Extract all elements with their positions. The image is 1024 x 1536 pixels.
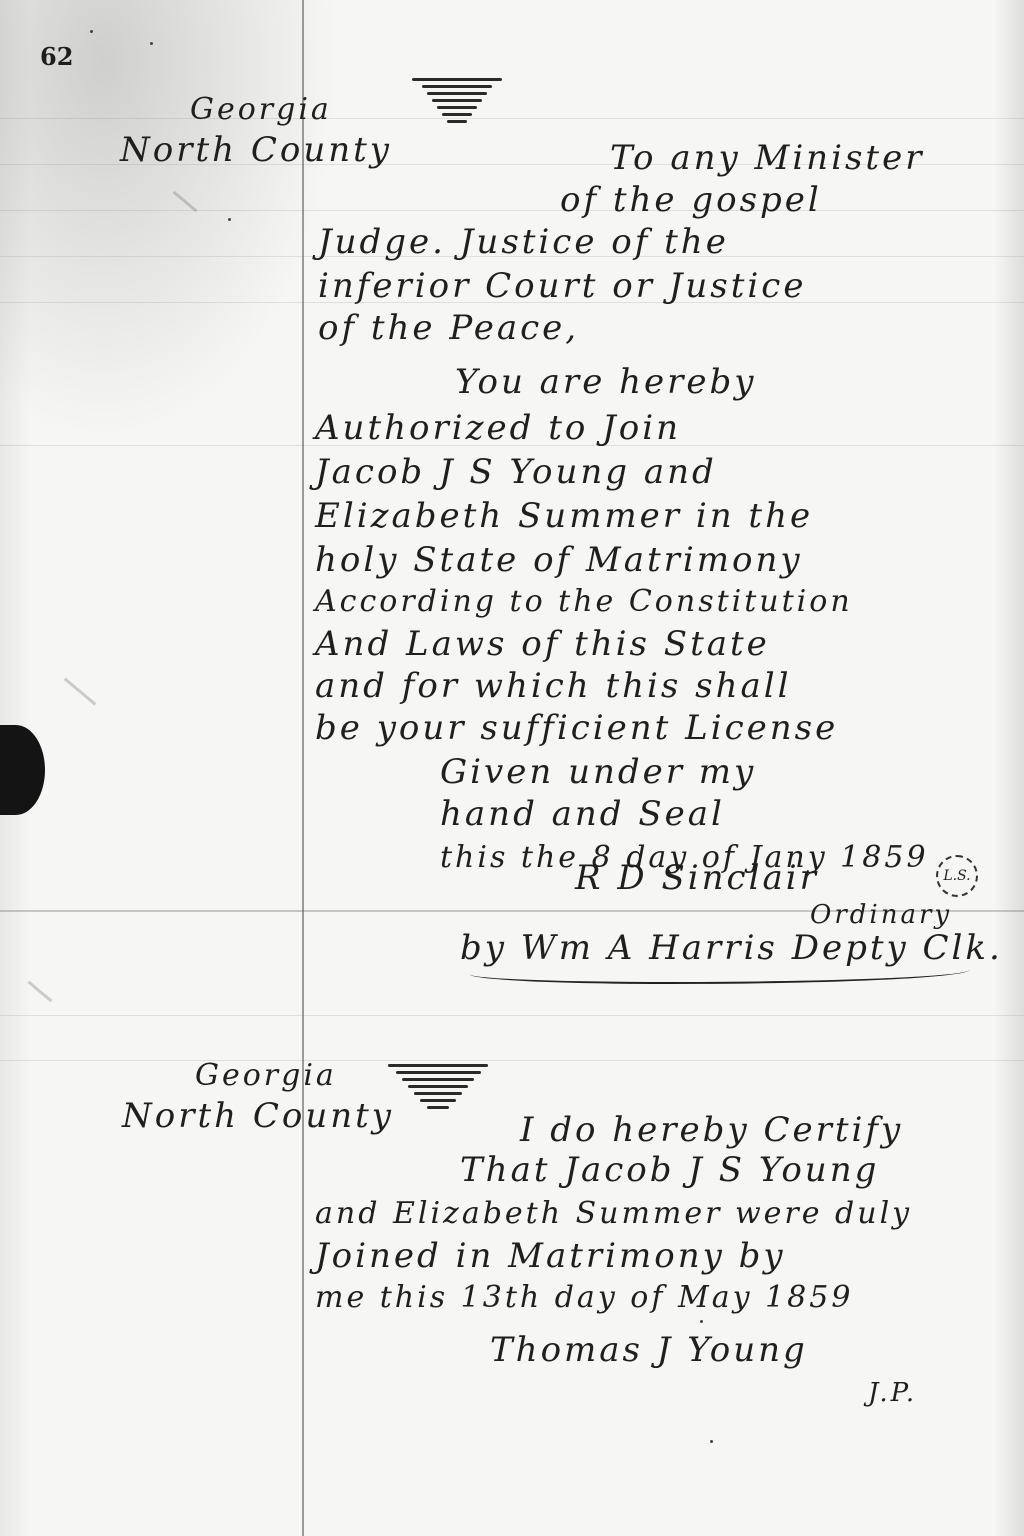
ruled-line (0, 1015, 1024, 1016)
certificate-line: and Elizabeth Summer were duly (315, 1196, 912, 1231)
license-county: North County (120, 130, 392, 170)
certificate-line: That Jacob J S Young (460, 1150, 879, 1190)
brace-flourish (412, 76, 502, 125)
body-line: Jacob J S Young and (315, 452, 717, 492)
smudge (64, 677, 97, 705)
ordinary-title: Ordinary (810, 900, 952, 930)
license-state: Georgia (190, 92, 332, 127)
certificate-county: North County (122, 1096, 394, 1136)
body-line: According to the Constitution (315, 584, 853, 619)
ledger-page: 62 Georgia North County To any Minister … (0, 0, 1024, 1536)
brace-flourish (388, 1062, 488, 1111)
speck (90, 30, 93, 33)
speck (710, 1440, 713, 1443)
ruled-line (0, 210, 1024, 211)
given-line: hand and Seal (440, 794, 725, 834)
justice-signature: Thomas J Young (490, 1330, 808, 1370)
seal-icon: L.S. (936, 855, 978, 897)
salutation-line: of the gospel (560, 180, 822, 220)
justice-title: J.P. (868, 1378, 917, 1408)
ruled-line (0, 1060, 1024, 1061)
speck (228, 218, 231, 221)
signature-flourish (470, 960, 970, 984)
certificate-line: me this 13th day of May 1859 (315, 1280, 853, 1315)
ruled-line (0, 118, 1024, 119)
body-line: and for which this shall (315, 666, 792, 706)
body-line: holy State of Matrimony (315, 540, 803, 580)
body-line: be your sufficient License (315, 708, 838, 748)
page-number: 62 (40, 42, 73, 71)
ink-blot (0, 725, 45, 815)
body-line: Authorized to Join (315, 408, 681, 448)
speck (700, 1320, 703, 1323)
speck (150, 42, 153, 45)
margin-line (302, 0, 304, 1536)
salutation-line: inferior Court or Justice (318, 266, 806, 306)
given-line: Given under my (440, 752, 756, 792)
body-line: You are hereby (455, 362, 756, 402)
salutation-line: Judge. Justice of the (318, 222, 729, 262)
ordinary-signature: R D Sinclair (575, 858, 819, 898)
smudge (28, 981, 53, 1003)
certificate-line: Joined in Matrimony by (315, 1236, 786, 1276)
certificate-state: Georgia (195, 1058, 337, 1093)
body-line: Elizabeth Summer in the (315, 496, 813, 536)
body-line: And Laws of this State (315, 624, 770, 664)
salutation-line: To any Minister (610, 138, 924, 178)
salutation-line: of the Peace, (318, 308, 579, 348)
certificate-line: I do hereby Certify (520, 1110, 903, 1150)
